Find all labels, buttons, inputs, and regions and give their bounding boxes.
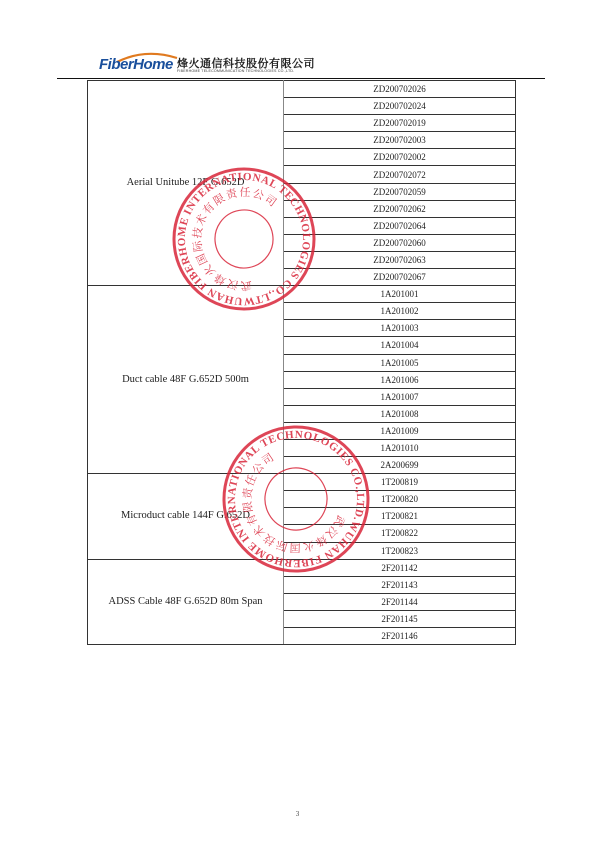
company-name-en: FIBERHOME TELECOMMUNICATION TECHNOLOGIES… (177, 69, 294, 73)
serial-number-cell: ZD200702019 (284, 115, 516, 132)
serial-number-cell: 1A201004 (284, 337, 516, 354)
serial-number-cell: 1A201006 (284, 371, 516, 388)
serial-number-cell: ZD200702072 (284, 166, 516, 183)
serial-number-cell: 2F201143 (284, 576, 516, 593)
serial-number-cell: ZD200702002 (284, 149, 516, 166)
product-name-cell: Microduct cable 144F G.652D (88, 474, 284, 559)
table-row: ADSS Cable 48F G.652D 80m Span2F201142 (88, 559, 516, 576)
serial-number-cell: 1A201002 (284, 303, 516, 320)
serial-number-cell: ZD200702067 (284, 269, 516, 286)
table-row: Microduct cable 144F G.652D1T200819 (88, 474, 516, 491)
serial-number-cell: ZD200702003 (284, 132, 516, 149)
serial-number-cell: 2F201146 (284, 628, 516, 645)
serial-number-cell: ZD200702063 (284, 251, 516, 268)
serial-number-cell: 1T200820 (284, 491, 516, 508)
serial-number-cell: 1A201001 (284, 286, 516, 303)
serial-number-cell: 1T200821 (284, 508, 516, 525)
product-name-cell: Duct cable 48F G.652D 500m (88, 286, 284, 474)
serial-number-cell: 2F201144 (284, 593, 516, 610)
serial-number-cell: 1A201008 (284, 405, 516, 422)
serial-number-cell: ZD200702062 (284, 200, 516, 217)
serial-number-cell: 1T200819 (284, 474, 516, 491)
serial-number-cell: 1A201005 (284, 354, 516, 371)
serial-number-cell: 2A200699 (284, 457, 516, 474)
page-number: 3 (0, 810, 595, 818)
serial-number-cell: ZD200702060 (284, 234, 516, 251)
page-header: FiberHome 烽火通信科技股份有限公司 FIBERHOME TELECOM… (0, 0, 595, 80)
serial-number-cell: ZD200702059 (284, 183, 516, 200)
serial-number-cell: 1A201009 (284, 422, 516, 439)
table-row: Duct cable 48F G.652D 500m1A201001 (88, 286, 516, 303)
serial-number-cell: 2F201142 (284, 559, 516, 576)
serial-number-cell: 1A201007 (284, 388, 516, 405)
serial-number-table: Aerial Unitube 12F G.652DZD200702026ZD20… (87, 80, 516, 645)
serial-number-cell: 1A201010 (284, 439, 516, 456)
serial-number-cell: 1A201003 (284, 320, 516, 337)
serial-number-cell: 1T200822 (284, 525, 516, 542)
serial-number-cell: ZD200702064 (284, 217, 516, 234)
serial-number-cell: 2F201145 (284, 610, 516, 627)
product-name-cell: Aerial Unitube 12F G.652D (88, 81, 284, 286)
fiberhome-logo: FiberHome (97, 52, 177, 76)
header-divider (57, 78, 545, 79)
serial-number-cell: ZD200702024 (284, 98, 516, 115)
serial-number-cell: 1T200823 (284, 542, 516, 559)
table-row: Aerial Unitube 12F G.652DZD200702026 (88, 81, 516, 98)
product-name-cell: ADSS Cable 48F G.652D 80m Span (88, 559, 284, 644)
logo-text: FiberHome (99, 56, 173, 73)
serial-number-cell: ZD200702026 (284, 81, 516, 98)
